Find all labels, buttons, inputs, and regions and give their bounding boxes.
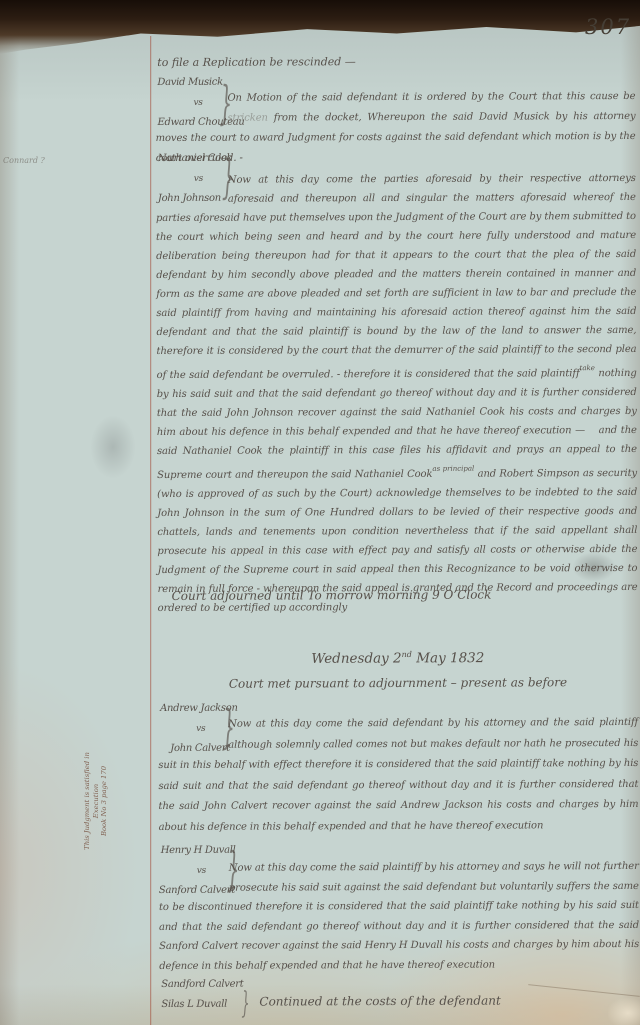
case-ruling-text: Continued at the costs of the defendant bbox=[259, 994, 500, 1009]
satisfaction-note-line1: This Judgment is satisfied in Execution bbox=[83, 752, 100, 850]
defendant-name: John Johnson bbox=[158, 193, 221, 204]
defendant-name: John Calvert bbox=[160, 743, 230, 754]
court-adjourned-line: Court adjourned until To morrow morning … bbox=[172, 588, 492, 603]
opening-line: to file a Replication be rescinded — bbox=[157, 55, 356, 69]
case-entry-jackson-v-calvert: Andrew Jackson vs John Calvert } Now at … bbox=[158, 713, 639, 838]
case-body-text: Now at this day come the parties aforesa… bbox=[156, 169, 638, 618]
margin-pencil-note: Connard ? bbox=[3, 156, 45, 165]
body-segment: On Motion of the said defendant it is or… bbox=[227, 91, 635, 104]
margin-rule-line bbox=[150, 36, 151, 1025]
defendant-name: Sanford Calvert bbox=[159, 885, 235, 896]
body-segment: nothing by his said suit and that the sa… bbox=[157, 368, 637, 481]
defendant-name: Silas L Duvall bbox=[161, 999, 227, 1010]
case-entry-calvert-v-duvall: Sandford Calvert Silas L Duvall } Contin… bbox=[159, 973, 639, 1020]
case-brace: } bbox=[241, 981, 249, 1025]
session-met-line: Court met pursuant to adjournment – pres… bbox=[158, 675, 638, 691]
case-entry-duvall-v-calvert: Henry H Duvall vs Sanford Calvert } Now … bbox=[159, 857, 640, 976]
case-entry-cook-v-johnson: Nathaniel Cook vs John Johnson } Now at … bbox=[156, 169, 638, 618]
case-brace: } bbox=[222, 705, 235, 751]
date-ordinal: nd bbox=[402, 650, 412, 659]
ink-smudge bbox=[90, 415, 136, 479]
versus-label: vs bbox=[161, 861, 236, 881]
session-date-heading: Wednesday 2nd May 1832 bbox=[158, 649, 638, 668]
case-caption: Sandford Calvert Silas L Duvall bbox=[161, 975, 243, 1015]
case-brace: } bbox=[222, 155, 235, 201]
margin-satisfaction-note: This Judgment is satisfied in Execution … bbox=[83, 736, 109, 866]
satisfaction-note-line2: Book No 3 page 170 bbox=[100, 766, 108, 836]
date-rest: May 1832 bbox=[412, 650, 485, 666]
case-caption: Henry H Duvall vs Sanford Calvert bbox=[161, 841, 236, 901]
book-edge-band bbox=[0, 0, 640, 54]
plaintiff-name: Sandford Calvert bbox=[161, 979, 243, 990]
date-prefix: Wednesday 2 bbox=[311, 650, 401, 666]
page-number: 307 bbox=[585, 15, 631, 39]
case-brace: } bbox=[227, 847, 240, 893]
case-brace: } bbox=[219, 81, 232, 127]
inserted-word: as principal bbox=[432, 465, 474, 473]
inserted-word: take bbox=[580, 364, 595, 372]
plaintiff-name: David Musick bbox=[157, 77, 223, 88]
record-book-page: 307 Connard ? This Judgment is satisfied… bbox=[0, 0, 640, 1025]
plaintiff-name: Henry H Duvall bbox=[161, 845, 236, 856]
